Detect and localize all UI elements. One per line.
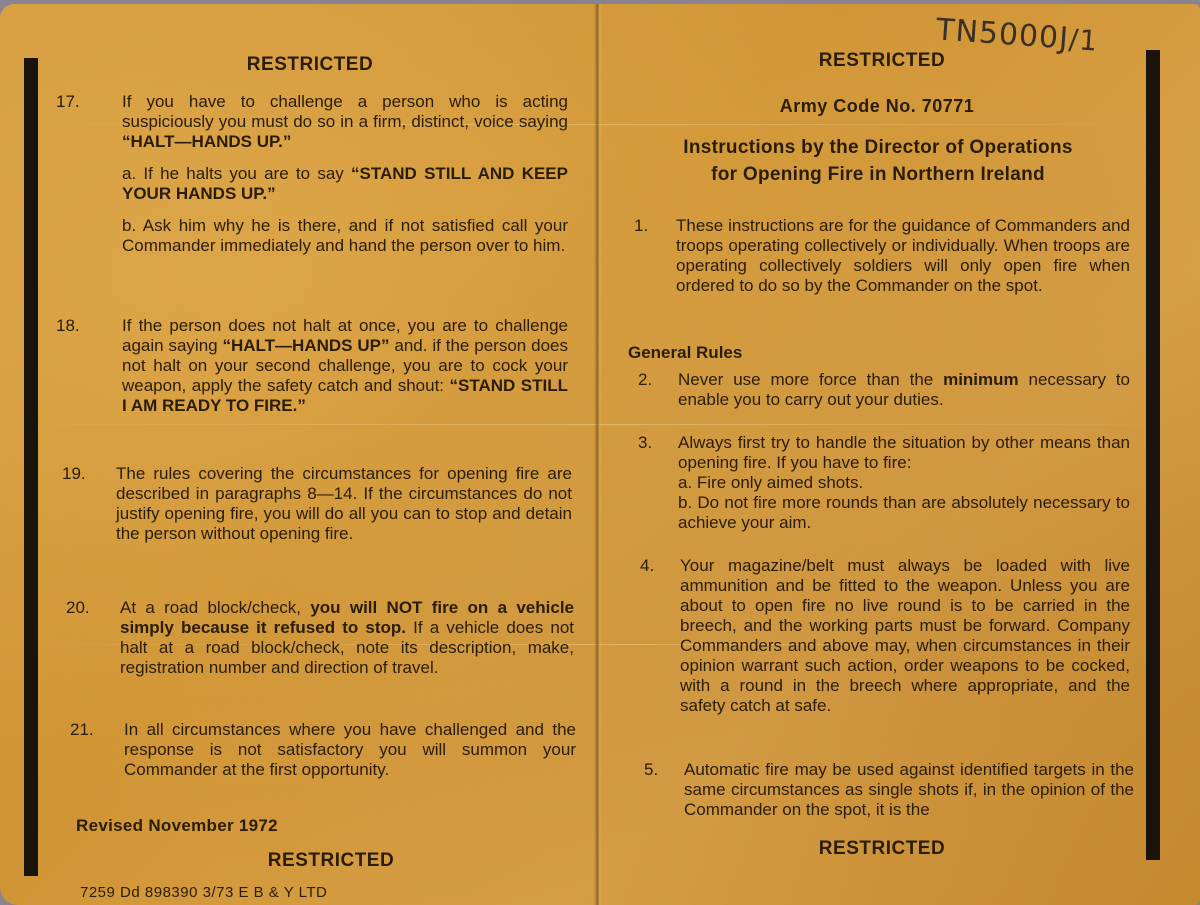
army-instruction-card: RESTRICTED 17. If you have to challenge … [0,4,1200,905]
paragraph-19: 19. The rules covering the circumstances… [62,464,572,544]
section-heading-general-rules: General Rules [628,343,742,363]
paragraph-number: 4. [640,556,654,576]
paragraph-number: 2. [638,370,652,390]
document-title: Instructions by the Director of Operatio… [616,134,1140,188]
paragraph-1: 1. These instructions are for the guidan… [634,216,1130,296]
footer-restricted: RESTRICTED [266,850,396,872]
paragraph-number: 20. [66,598,90,618]
paragraph-21: 21. In all circumstances where you have … [70,720,576,780]
paragraph-3: 3. Always first try to handle the situat… [638,433,1130,533]
revised-date: Revised November 1972 [76,816,278,836]
sub-b: b. Ask him why he is there, and if not s… [122,216,568,256]
footer-restricted: RESTRICTED [812,838,952,860]
paragraph-17: 17. If you have to challenge a person wh… [56,92,568,256]
paragraph-4: 4. Your magazine/belt must always be loa… [640,556,1130,716]
paragraph-number: 17. [56,92,80,112]
paragraph-number: 5. [644,760,658,780]
left-page: RESTRICTED 17. If you have to challenge … [0,4,596,905]
right-page: RESTRICTED Army Code No. 70771 Instructi… [602,4,1200,905]
left-margin-bar [24,58,38,876]
paragraph-number: 19. [62,464,86,484]
paragraph-number: 1. [634,216,648,236]
sub-a: a. If he halts you are to say “STAND STI… [122,164,568,204]
command-halt: “HALT—HANDS UP.” [122,132,291,151]
paragraph-18: 18. If the person does not halt at once,… [56,316,568,416]
paragraph-20: 20. At a road block/check, you will NOT … [66,598,574,678]
print-code: 7259 Dd 898390 3/73 E B & Y LTD [80,884,327,901]
header-restricted: RESTRICTED [180,54,440,76]
paragraph-5: 5. Automatic fire may be used against id… [644,760,1134,820]
paragraph-number: 18. [56,316,80,336]
sub-a: a. Fire only aimed shots. [678,473,1130,493]
sub-b: b. Do not fire more rounds than are abso… [678,493,1130,533]
army-code: Army Code No. 70771 [722,96,1032,117]
paragraph-2: 2. Never use more force than the minimum… [638,370,1130,410]
header-restricted: RESTRICTED [782,50,982,72]
paragraph-number: 21. [70,720,94,740]
right-margin-bar [1146,50,1160,860]
paragraph-number: 3. [638,433,652,453]
